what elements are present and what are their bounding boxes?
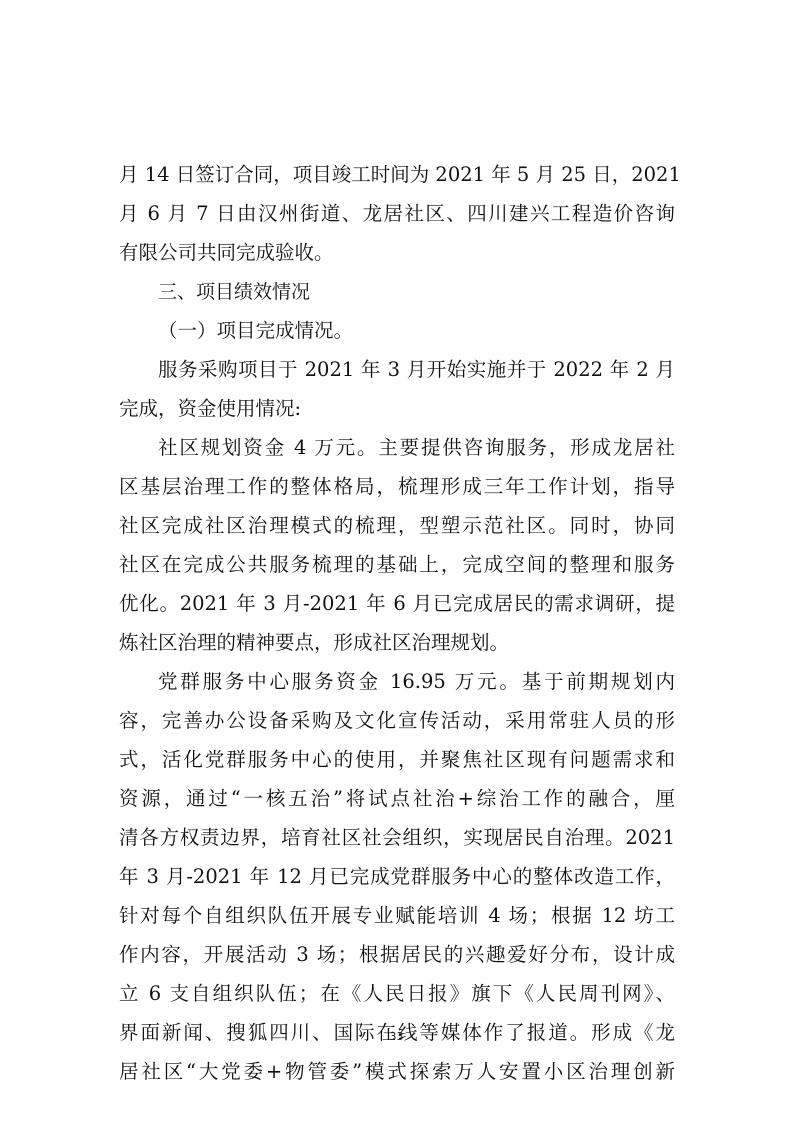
- paragraph-line: 月 6 月 7 日由汉州街道、龙居社区、四川建兴工程造价咨询: [119, 199, 675, 229]
- paragraph-line: 完成，资金使用情况:: [119, 394, 675, 424]
- paragraph-line: 立 6 支自组织队伍；在《人民日报》旗下《人民周刊网》、: [119, 979, 675, 1009]
- paragraph-line: 有限公司共同完成验收。: [119, 238, 675, 268]
- paragraph-line: 优化。2021 年 3 月-2021 年 6 月已完成居民的需求调研，提: [119, 589, 675, 619]
- paragraph-line: 党群服务中心服务资金 16.95 万元。基于前期规划内: [119, 667, 675, 697]
- paragraph-line: 针对每个自组织队伍开展专业赋能培训 4 场；根据 12 坊工: [119, 901, 675, 931]
- paragraph-line: 清各方权责边界，培育社区社会组织，实现居民自治理。2021: [119, 823, 675, 853]
- subsection-heading: （一）项目完成情况。: [119, 316, 675, 346]
- paragraph-line: 月 14 日签订合同，项目竣工时间为 2021 年 5 月 25 日，2021: [119, 160, 675, 190]
- paragraph-line: 式，活化党群服务中心的使用，并聚焦社区现有问题需求和: [119, 745, 675, 775]
- section-heading: 三、项目绩效情况: [119, 277, 675, 307]
- paragraph-line: 社区规划资金 4 万元。主要提供咨询服务，形成龙居社: [119, 433, 675, 463]
- paragraph-line: 资源，通过“一核五治”将试点社治+综治工作的融合，厘: [119, 784, 675, 814]
- paragraph-line: 炼社区治理的精神要点，形成社区治理规划。: [119, 628, 675, 658]
- paragraph-line: 区基层治理工作的整体格局，梳理形成三年工作计划，指导: [119, 472, 675, 502]
- paragraph-line: 社区完成社区治理模式的梳理，型塑示范社区。同时，协同: [119, 511, 675, 541]
- paragraph-line: 作内容，开展活动 3 场；根据居民的兴趣爱好分布，设计成: [119, 940, 675, 970]
- paragraph-line: 居社区“大党委+物管委”模式探索万人安置小区治理创新: [119, 1057, 675, 1087]
- paragraph-line: 容，完善办公设备采购及文化宣传活动，采用常驻人员的形: [119, 706, 675, 736]
- paragraph-line: 服务采购项目于 2021 年 3 月开始实施并于 2022 年 2 月: [119, 355, 675, 385]
- paragraph-line: 年 3 月-2021 年 12 月已完成党群服务中心的整体改造工作，: [119, 862, 675, 892]
- paragraph-line: 社区在完成公共服务梳理的基础上，完成空间的整理和服务: [119, 550, 675, 580]
- page-number: 33: [0, 1030, 793, 1043]
